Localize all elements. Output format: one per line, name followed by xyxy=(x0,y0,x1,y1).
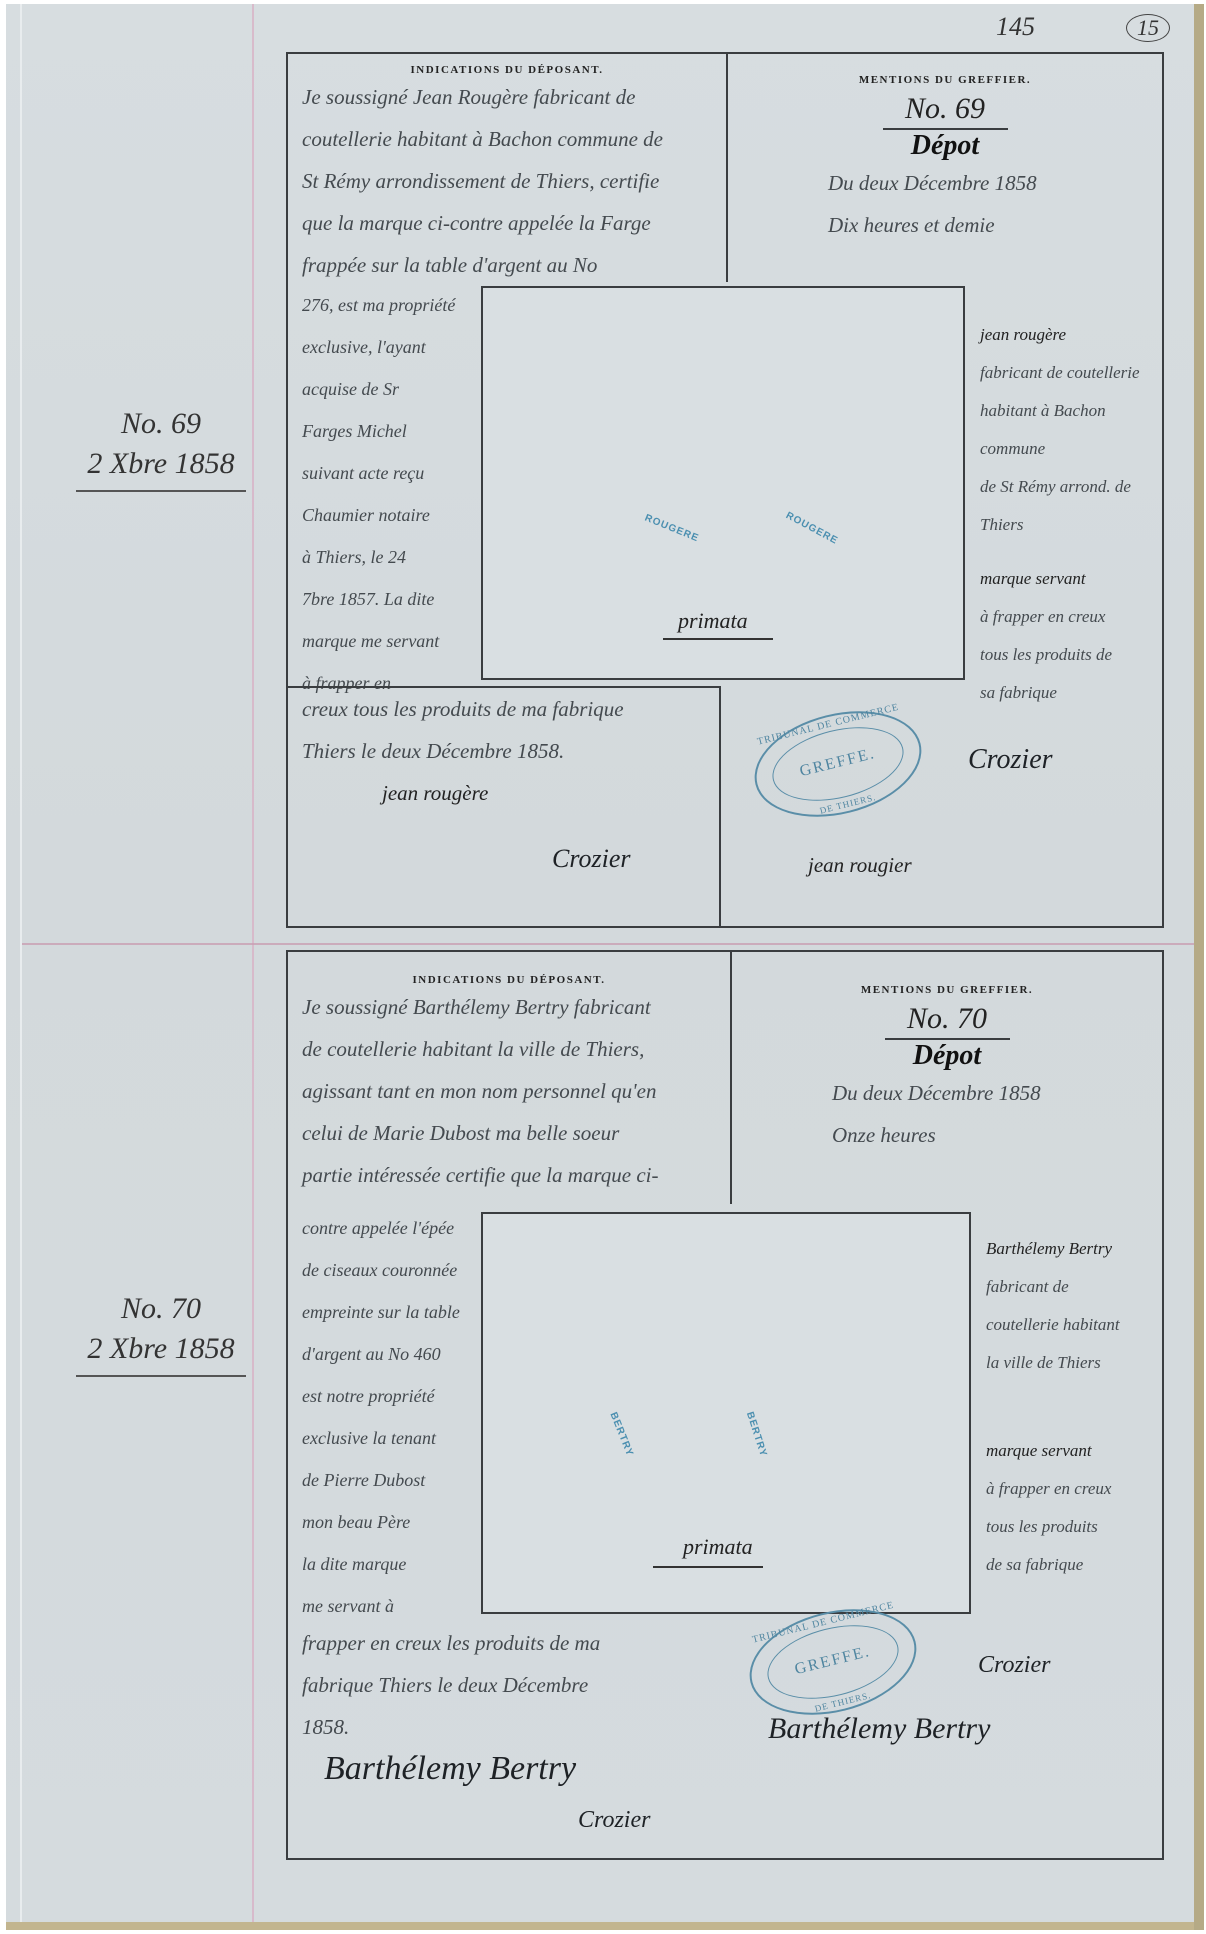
greffier-clerk-signature: Crozier xyxy=(978,1652,1050,1679)
deposant-bottom-text: frapper en creux les produits de ma fabr… xyxy=(288,1622,1162,1748)
text-line: partie intéressée certifie que la marque… xyxy=(302,1154,716,1196)
margin-note-entry-69: No. 69 2 Xbre 1858 xyxy=(76,404,246,492)
text-line: à frapper en creux xyxy=(986,1470,1166,1508)
text-line: de Pierre Dubost xyxy=(302,1459,482,1501)
text-line: Farges Michel xyxy=(302,410,482,452)
deposant-signature: jean rougère xyxy=(302,772,705,814)
entry-69: INDICATIONS DU DÉPOSANT. Je soussigné Je… xyxy=(286,52,1164,928)
text-line: à Thiers, le 24 xyxy=(302,536,482,578)
margin-rule xyxy=(76,490,246,492)
deposant-text-side: contre appelée l'épée de ciseaux couronn… xyxy=(302,1207,482,1627)
trademark-box: BERTRY BERTRY primata xyxy=(481,1212,971,1614)
deposant-header: INDICATIONS DU DÉPOSANT. xyxy=(288,974,730,986)
entry-number: No. 70 xyxy=(732,1002,1162,1036)
caption-rule xyxy=(653,1566,763,1568)
greffier-column: MENTIONS DU GREFFIER. No. 70 Dépot Du de… xyxy=(732,952,1162,1208)
deposant-header: INDICATIONS DU DÉPOSANT. xyxy=(288,64,726,76)
text-line: me servant à xyxy=(302,1585,482,1627)
depot-date: Du deux Décembre 1858 xyxy=(728,162,1162,204)
greffier-header: MENTIONS DU GREFFIER. xyxy=(732,984,1162,996)
text-line: creux tous les produits de ma fabrique xyxy=(302,688,705,730)
text-line: que la marque ci-contre appelée la Farge xyxy=(302,202,712,244)
text-line: fabrique Thiers le deux Décembre xyxy=(302,1664,722,1706)
greffier-column: MENTIONS DU GREFFIER. No. 69 Dépot Du de… xyxy=(728,54,1162,284)
text-line: la ville de Thiers xyxy=(986,1344,1166,1382)
entry-number: No. 69 xyxy=(728,92,1162,126)
greffier-side-notes: jean rougère fabricant de coutellerie ha… xyxy=(980,316,1160,712)
trademark-box: ROUGERE ROUGERE primata xyxy=(481,286,965,680)
deposant-column: INDICATIONS DU DÉPOSANT. Je soussigné Je… xyxy=(288,54,728,282)
tribunal-seal: TRIBUNAL DE COMMERCE GREFFE. DE THIERS. xyxy=(743,695,932,833)
text-line: suivant acte reçu xyxy=(302,452,482,494)
clerk-signature: Crozier xyxy=(578,1807,650,1834)
mark-caption: primata xyxy=(678,608,748,634)
margin-number: No. 69 xyxy=(76,404,246,444)
trademark-stamp: BERTRY xyxy=(744,1411,769,1459)
text-line: acquise de Sr xyxy=(302,368,482,410)
binding-gutter xyxy=(20,4,22,1930)
margin-number: No. 70 xyxy=(76,1289,246,1329)
entry-70: INDICATIONS DU DÉPOSANT. Je soussigné Ba… xyxy=(286,950,1164,1860)
text-line: frapper en creux les produits de ma xyxy=(302,1622,722,1664)
margin-date: 2 Xbre 1858 xyxy=(76,1329,246,1369)
text-line: de sa fabrique xyxy=(986,1546,1166,1584)
deposant-text-side: 276, est ma propriété exclusive, l'ayant… xyxy=(302,284,482,704)
text-line: la dite marque xyxy=(302,1543,482,1585)
text-line: contre appelée l'épée xyxy=(302,1207,482,1249)
text-line: Je soussigné Barthélemy Bertry fabricant xyxy=(302,986,716,1028)
text-line: marque servant xyxy=(980,560,1160,598)
depot-date: Du deux Décembre 1858 xyxy=(732,1072,1162,1114)
text-line: à frapper en creux xyxy=(980,598,1160,636)
text-line: Thiers xyxy=(980,506,1160,544)
deposant-text-top: Je soussigné Jean Rougère fabricant de c… xyxy=(288,76,726,286)
text-line: 276, est ma propriété xyxy=(302,284,482,326)
margin-line-horizontal xyxy=(22,943,1194,945)
text-line: exclusive, l'ayant xyxy=(302,326,482,368)
caption-rule xyxy=(663,638,773,640)
text-line: exclusive la tenant xyxy=(302,1417,482,1459)
text-line: Je soussigné Jean Rougère fabricant de xyxy=(302,76,712,118)
trademark-stamp: ROUGERE xyxy=(784,510,840,547)
text-line: 1858. xyxy=(302,1706,722,1748)
text-line: 7bre 1857. La dite xyxy=(302,578,482,620)
text-line: de coutellerie habitant la ville de Thie… xyxy=(302,1028,716,1070)
text-line: frappée sur la table d'argent au No xyxy=(302,244,712,286)
text-line: empreinte sur la table xyxy=(302,1291,482,1333)
text-line: St Rémy arrondissement de Thiers, certif… xyxy=(302,160,712,202)
text-line: Thiers le deux Décembre 1858. xyxy=(302,730,705,772)
folio-number: 145 xyxy=(996,12,1035,42)
text-line: habitant à Bachon commune xyxy=(980,392,1160,468)
deposant-signature: Barthélemy Bertry xyxy=(324,1750,576,1788)
margin-rule xyxy=(76,1375,246,1377)
text-line: coutellerie habitant à Bachon commune de xyxy=(302,118,712,160)
depot-time: Onze heures xyxy=(732,1114,1162,1156)
greffier-deposant-signature: jean rougier xyxy=(808,844,912,886)
text-line: mon beau Père xyxy=(302,1501,482,1543)
depot-label: Dépot xyxy=(732,1040,1162,1072)
depot-time: Dix heures et demie xyxy=(728,204,1162,246)
mark-caption: primata xyxy=(683,1534,753,1560)
text-line: tous les produits de xyxy=(980,636,1160,674)
text-line: est notre propriété xyxy=(302,1375,482,1417)
clerk-signature: Crozier xyxy=(302,844,705,874)
greffier-side-notes: Barthélemy Bertry fabricant de couteller… xyxy=(986,1230,1166,1584)
text-line: marque me servant xyxy=(302,620,482,662)
deposant-column: INDICATIONS DU DÉPOSANT. Je soussigné Ba… xyxy=(288,952,732,1204)
depot-label: Dépot xyxy=(728,130,1162,162)
deposant-name: Barthélemy Bertry xyxy=(986,1230,1166,1268)
text-line: fabricant de xyxy=(986,1268,1166,1306)
page-number: 15 xyxy=(1126,14,1170,42)
text-line: fabricant de coutellerie xyxy=(980,354,1160,392)
margin-note-entry-70: No. 70 2 Xbre 1858 xyxy=(76,1289,246,1377)
text-line: tous les produits xyxy=(986,1508,1166,1546)
trademark-stamp: ROUGERE xyxy=(643,513,700,545)
trademark-stamp: BERTRY xyxy=(608,1411,636,1458)
text-line: agissant tant en mon nom personnel qu'en xyxy=(302,1070,716,1112)
margin-date: 2 Xbre 1858 xyxy=(76,444,246,484)
text-line: marque servant xyxy=(986,1432,1166,1470)
text-line: coutellerie habitant xyxy=(986,1306,1166,1344)
greffier-header: MENTIONS DU GREFFIER. xyxy=(728,74,1162,86)
text-line: de St Rémy arrond. de xyxy=(980,468,1160,506)
text-line: de ciseaux couronnée xyxy=(302,1249,482,1291)
text-line: sa fabrique xyxy=(980,674,1160,712)
text-line: celui de Marie Dubost ma belle soeur xyxy=(302,1112,716,1154)
register-page: 145 15 No. 69 2 Xbre 1858 INDICATIONS DU… xyxy=(6,4,1204,1930)
deposant-name: jean rougère xyxy=(980,316,1160,354)
margin-line-vertical xyxy=(252,4,254,1930)
greffier-deposant-signature: Barthélemy Bertry xyxy=(768,1712,1028,1746)
greffier-clerk-signature: Crozier xyxy=(968,744,1053,776)
deposant-bottom-box: creux tous les produits de ma fabrique T… xyxy=(288,686,721,928)
text-line: Chaumier notaire xyxy=(302,494,482,536)
text-line: d'argent au No 460 xyxy=(302,1333,482,1375)
